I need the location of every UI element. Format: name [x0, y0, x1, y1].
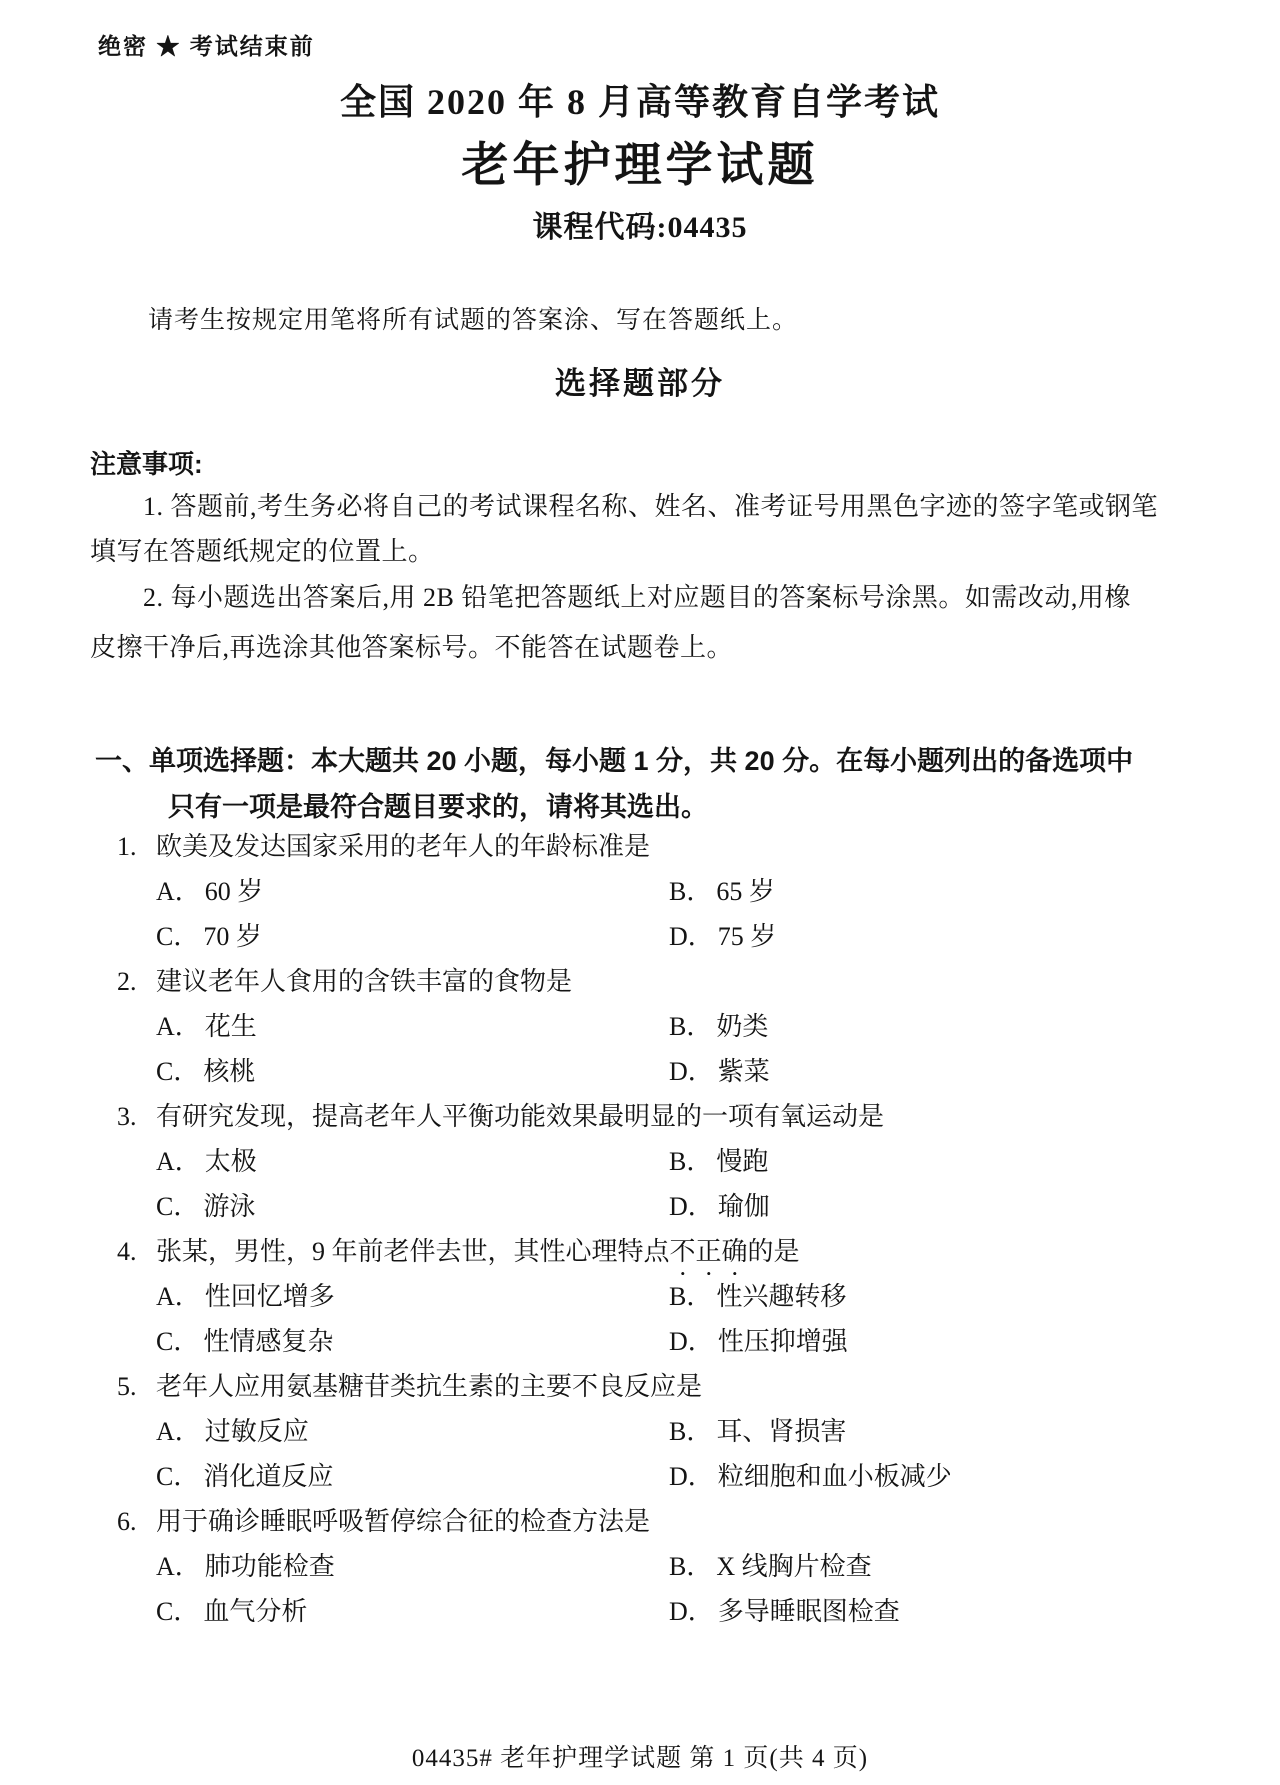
question-stem: 4. 张某，男性，9 年前老伴去世，其性心理特点不正确的是 [0, 1229, 1280, 1274]
option-b: B．X 线胸片检查 [669, 1544, 872, 1589]
option-c: C．70 岁 [156, 914, 262, 959]
section-heading-line-1: 一、单项选择题：本大题共 20 小题，每小题 1 分，共 20 分。在每小题列出… [95, 739, 1133, 778]
option-d: D．75 岁 [669, 914, 776, 959]
question-4: 4. 张某，男性，9 年前老伴去世，其性心理特点不正确的是 A．性回忆增多 B．… [0, 1229, 1280, 1364]
option-a: A．60 岁 [156, 869, 263, 914]
option-d: D．多导睡眠图检查 [669, 1589, 900, 1634]
option-d: D．粒细胞和血小板减少 [669, 1454, 952, 1499]
exam-title-line2: 老年护理学试题 [0, 128, 1280, 195]
option-c: C．血气分析 [156, 1589, 307, 1634]
question-options: A．花生 B．奶类 C．核桃 D．紫菜 [0, 1004, 1280, 1094]
section-heading-line-2: 只有一项是最符合题目要求的，请将其选出。 [168, 785, 708, 824]
notice-1-line-1: 1. 答题前,考生务必将自己的考试课程名称、姓名、准考证号用黑色字迹的签字笔或钢… [143, 486, 1158, 523]
option-b: B．65 岁 [669, 869, 775, 914]
notice-1-line-2: 填写在答题纸规定的位置上。 [90, 531, 435, 568]
part-heading: 选择题部分 [0, 358, 1280, 403]
security-classification: 绝密 ★ 考试结束前 [98, 28, 315, 61]
option-b: B．奶类 [669, 1004, 768, 1049]
option-d: D．性压抑增强 [669, 1319, 848, 1364]
question-stem: 5. 老年人应用氨基糖苷类抗生素的主要不良反应是 [0, 1364, 1280, 1409]
question-number: 3. [117, 1094, 137, 1139]
question-stem: 2. 建议老年人食用的含铁丰富的食物是 [0, 959, 1280, 1004]
page-footer: 04435# 老年护理学试题 第 1 页(共 4 页) [0, 1738, 1280, 1774]
question-6: 6. 用于确诊睡眠呼吸暂停综合征的检查方法是 A．肺功能检查 B．X 线胸片检查… [0, 1499, 1280, 1634]
question-stem: 3. 有研究发现，提高老年人平衡功能效果最明显的一项有氧运动是 [0, 1094, 1280, 1139]
option-c: C．核桃 [156, 1049, 255, 1094]
question-number: 1. [117, 824, 137, 869]
question-options: A．过敏反应 B．耳、肾损害 C．消化道反应 D．粒细胞和血小板减少 [0, 1409, 1280, 1499]
option-a: A．性回忆增多 [156, 1274, 335, 1319]
option-b: B．耳、肾损害 [669, 1409, 846, 1454]
option-b: B．性兴趣转移 [669, 1274, 846, 1319]
question-number: 4. [117, 1229, 137, 1274]
option-a: A．过敏反应 [156, 1409, 309, 1454]
option-d: D．紫菜 [669, 1049, 770, 1094]
question-number: 2. [117, 959, 137, 1004]
question-stem: 6. 用于确诊睡眠呼吸暂停综合征的检查方法是 [0, 1499, 1280, 1544]
question-options: A．太极 B．慢跑 C．游泳 D．瑜伽 [0, 1139, 1280, 1229]
notice-2-line-2: 皮擦干净后,再选涂其他答案标号。不能答在试题卷上。 [90, 627, 733, 664]
exam-title-line1: 全国 2020 年 8 月高等教育自学考试 [0, 74, 1280, 125]
option-a: A．肺功能检查 [156, 1544, 335, 1589]
question-options: A．60 岁 B．65 岁 C．70 岁 D．75 岁 [0, 869, 1280, 959]
option-a: A．太极 [156, 1139, 257, 1184]
question-options: A．性回忆增多 B．性兴趣转移 C．性情感复杂 D．性压抑增强 [0, 1274, 1280, 1364]
exam-paper-page: 绝密 ★ 考试结束前 全国 2020 年 8 月高等教育自学考试 老年护理学试题… [0, 0, 1280, 1785]
question-number: 6. [117, 1499, 137, 1544]
question-3: 3. 有研究发现，提高老年人平衡功能效果最明显的一项有氧运动是 A．太极 B．慢… [0, 1094, 1280, 1229]
option-d: D．瑜伽 [669, 1184, 770, 1229]
emphasized-text: 不正确 [670, 1237, 748, 1266]
option-c: C．游泳 [156, 1184, 255, 1229]
question-options: A．肺功能检查 B．X 线胸片检查 C．血气分析 D．多导睡眠图检查 [0, 1544, 1280, 1634]
answer-sheet-instruction: 请考生按规定用笔将所有试题的答案涂、写在答题纸上。 [148, 300, 798, 336]
question-5: 5. 老年人应用氨基糖苷类抗生素的主要不良反应是 A．过敏反应 B．耳、肾损害 … [0, 1364, 1280, 1499]
notice-2-line-1: 2. 每小题选出答案后,用 2B 铅笔把答题纸上对应题目的答案标号涂黑。如需改动… [143, 577, 1131, 614]
question-2: 2. 建议老年人食用的含铁丰富的食物是 A．花生 B．奶类 C．核桃 D．紫菜 [0, 959, 1280, 1094]
option-b: B．慢跑 [669, 1139, 768, 1184]
question-list: 1. 欧美及发达国家采用的老年人的年龄标准是 A．60 岁 B．65 岁 C．7… [0, 824, 1280, 1634]
option-a: A．花生 [156, 1004, 257, 1049]
option-c: C．消化道反应 [156, 1454, 333, 1499]
question-stem: 1. 欧美及发达国家采用的老年人的年龄标准是 [0, 824, 1280, 869]
option-c: C．性情感复杂 [156, 1319, 333, 1364]
notice-heading: 注意事项: [90, 444, 203, 481]
question-number: 5. [117, 1364, 137, 1409]
course-code: 课程代码:04435 [0, 202, 1280, 246]
question-1: 1. 欧美及发达国家采用的老年人的年龄标准是 A．60 岁 B．65 岁 C．7… [0, 824, 1280, 959]
